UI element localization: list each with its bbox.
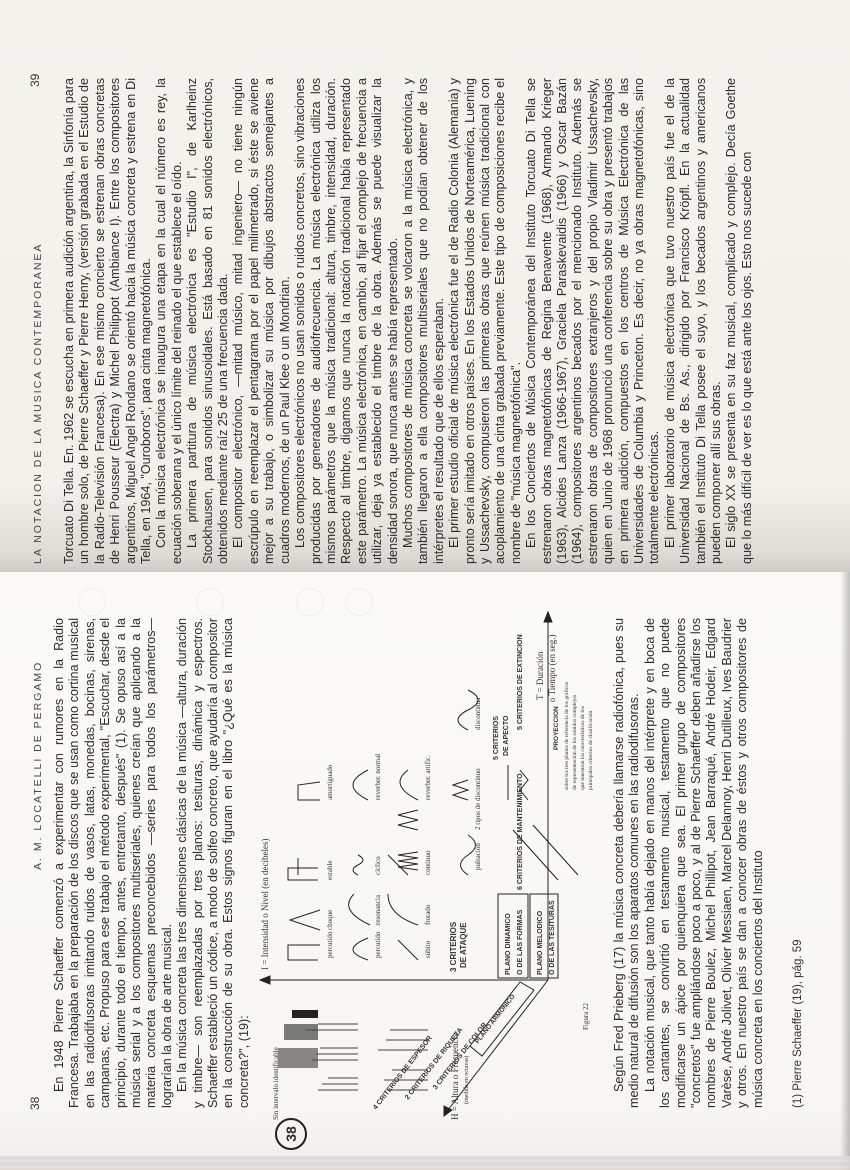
- page-38-body-bottom: Según Fred Prieberg (17) la música concr…: [612, 618, 766, 1108]
- svg-text:que muestran las característic: que muestran las características de los: [580, 706, 586, 790]
- page-39: LA NOTACION DE LA MUSICA CONTEMPORANEA 3…: [0, 0, 850, 572]
- page-number: 38: [28, 1097, 42, 1110]
- svg-text:O DE LAS FORMAS: O DE LAS FORMAS: [517, 909, 524, 975]
- paragraph: El primer laboratorio de música electrón…: [663, 78, 725, 564]
- paragraph: El siglo XX se presenta en su faz musica…: [724, 78, 755, 564]
- svg-text:pulsación: pulsación: [474, 843, 482, 870]
- svg-text:5 CRITERIOS: 5 CRITERIOS: [493, 716, 500, 760]
- paragraph: La notación musical, que tanto había dej…: [643, 618, 766, 1108]
- svg-text:Figura 22: Figura 22: [582, 1002, 590, 1030]
- figure-22: I = Intensidad o Nivel (en decibeles) pe…: [258, 610, 598, 1130]
- paragraph: En la música concreta las tres dimension…: [175, 618, 252, 1108]
- paragraph: El compositor electrónico, —mitad músico…: [231, 78, 293, 564]
- svg-text:choque: choque: [326, 910, 334, 930]
- svg-text:(medida en octavas): (medida en octavas): [463, 1056, 470, 1104]
- svg-text:DE ATAQUE: DE ATAQUE: [459, 922, 468, 968]
- page-number: 39: [28, 74, 42, 87]
- svg-text:reverber. normal: reverber. normal: [374, 754, 382, 800]
- svg-text:5 CRITERIOS DE EXTINCION: 5 CRITERIOS DE EXTINCION: [517, 634, 524, 730]
- paragraph: Según Fred Prieberg (17) la música concr…: [612, 618, 643, 1108]
- svg-text:discontinua: discontinua: [474, 697, 482, 730]
- svg-text:sobre los tres planos de refer: sobre los tres planos de referencia de l…: [563, 682, 570, 790]
- paragraph: La primera partitura de música electróni…: [185, 78, 231, 564]
- paragraph: Con la música electrónica se inaugura un…: [154, 78, 185, 564]
- book-spread: LA NOTACION DE LA MUSICA CONTEMPORANEA 3…: [0, 0, 850, 1170]
- pitch-axis: [448, 980, 548, 1110]
- paragraph: Muchos compositores de música concreta s…: [401, 78, 447, 564]
- footnote: (1) Pierre Schaeffer (19), pág. 59: [792, 618, 804, 1108]
- svg-text:o Tiempo (en seg.): o Tiempo (en seg.): [547, 634, 557, 702]
- paragraph: Los compositores electrónicos no usan so…: [293, 78, 401, 564]
- svg-text:súbito: súbito: [424, 940, 432, 958]
- svg-text:O DE LAS TESITURAS: O DE LAS TESITURAS: [549, 900, 556, 975]
- svg-text:reverber. artific.: reverber. artific.: [424, 755, 432, 800]
- svg-text:PLANO MELODICO: PLANO MELODICO: [537, 910, 544, 975]
- svg-text:de representación de los sonid: de representación de los sonidos complej…: [572, 695, 578, 790]
- margin-marker: 38: [275, 1118, 307, 1150]
- svg-text:principales criterios de clasi: principales criterios de clasificación: [587, 710, 594, 790]
- running-header: LA NOTACION DE LA MUSICA CONTEMPORANEA: [32, 243, 44, 564]
- svg-text:frotado: frotado: [424, 904, 432, 925]
- svg-text:DE APECTO: DE APECTO: [503, 715, 510, 756]
- page-38-body-top: En 1948 Pierre Schaeffer comenzó a exper…: [52, 618, 252, 1108]
- svg-text:PROYECCION: PROYECCION: [553, 706, 560, 750]
- svg-text:2 tipos de discontinuo: 2 tipos de discontinuo: [474, 768, 482, 830]
- page-38: 38 A. M. LOCATELLI DE PERGAMO En 1948 Pi…: [0, 572, 850, 1170]
- svg-text:Sin intervalo identificable: Sin intervalo identificable: [272, 1047, 280, 1120]
- svg-text:estable: estable: [326, 861, 334, 880]
- svg-text:resonancia: resonancia: [374, 894, 382, 925]
- svg-text:amortiguado: amortiguado: [326, 764, 334, 800]
- schaeffer-solfege-diagram: I = Intensidad o Nivel (en decibeles) pe…: [258, 610, 598, 1130]
- paragraph: En los Conciertos de Música Contemporáne…: [524, 78, 663, 564]
- svg-text:cíclico: cíclico: [374, 856, 382, 875]
- svg-text:percutido: percutido: [374, 931, 382, 958]
- svg-text:6 CRITERIOS DE MANTENIMIENTO: 6 CRITERIOS DE MANTENIMIENTO: [517, 773, 524, 890]
- svg-text:3 CRITERIOS: 3 CRITERIOS: [449, 921, 458, 972]
- paragraph: En 1948 Pierre Schaeffer comenzó a exper…: [52, 618, 175, 1108]
- svg-text:continuo: continuo: [424, 850, 432, 875]
- paragraph: Torcuato Di Tella. En. 1962 se escucha e…: [62, 78, 154, 564]
- svg-text:T = Duración: T = Duración: [535, 651, 545, 700]
- svg-text:PLANO DINAMICO: PLANO DINAMICO: [505, 913, 512, 975]
- running-header: A. M. LOCATELLI DE PERGAMO: [32, 661, 44, 870]
- svg-text:I = Intensidad o Nivel (en dec: I = Intensidad o Nivel (en decibeles): [260, 838, 270, 970]
- paragraph: El primer estudio oficial de música elec…: [447, 78, 524, 564]
- svg-text:percutido: percutido: [326, 931, 334, 958]
- page-39-body: Torcuato Di Tella. En. 1962 se escucha e…: [62, 78, 755, 564]
